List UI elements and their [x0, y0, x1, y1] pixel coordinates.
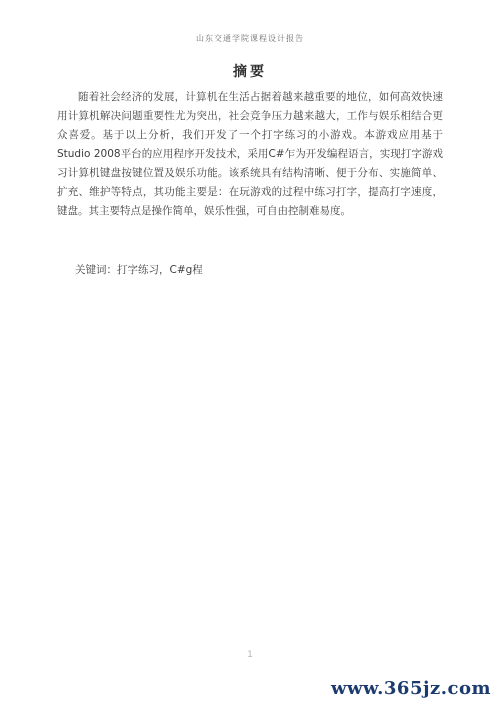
page-number: 1 [0, 650, 500, 660]
abstract-line: 随着社会经济的发展，计算机在生活占据着越来越重要的地位，如何高效快速的使 [57, 88, 443, 107]
watermark-url: www.365jz.com [331, 678, 491, 699]
document-header: 山东交通学院课程设计报告 [0, 33, 500, 44]
page-title: 摘要 [0, 61, 500, 81]
abstract-line: 键盘。其主要特点是操作简单，娱乐性强，可自由控制难易度。 [57, 202, 443, 221]
abstract-line: 扩充、维护等特点，其功能主要是：在玩游戏的过程中练习打字，提高打字速度，熟悉 [57, 183, 443, 202]
abstract-line: 习计算机键盘按键位置及娱乐功能。该系统具有结构清晰、便于分布、实施简单、易于 [57, 164, 443, 183]
document-page: 山东交通学院课程设计报告 摘要 随着社会经济的发展，计算机在生活占据着越来越重要… [0, 0, 500, 708]
abstract-line: 用计算机解决问题重要性尤为突出，社会竞争压力越来越大，工作与娱乐相结合更受群 [57, 107, 443, 126]
keywords-line: 关键词：打字练习，C#g程 [75, 262, 203, 277]
abstract-paragraph: 随着社会经济的发展，计算机在生活占据着越来越重要的地位，如何高效快速的使 用计算… [57, 88, 443, 221]
abstract-line: Studio 2008平台的应用程序开发技术，采用C#乍为开发编程语言，实现打字… [57, 145, 443, 164]
abstract-line: 众喜爱。基于以上分析，我们开发了一个打字练习的小游戏。本游戏应用基于 Visua… [57, 126, 443, 145]
